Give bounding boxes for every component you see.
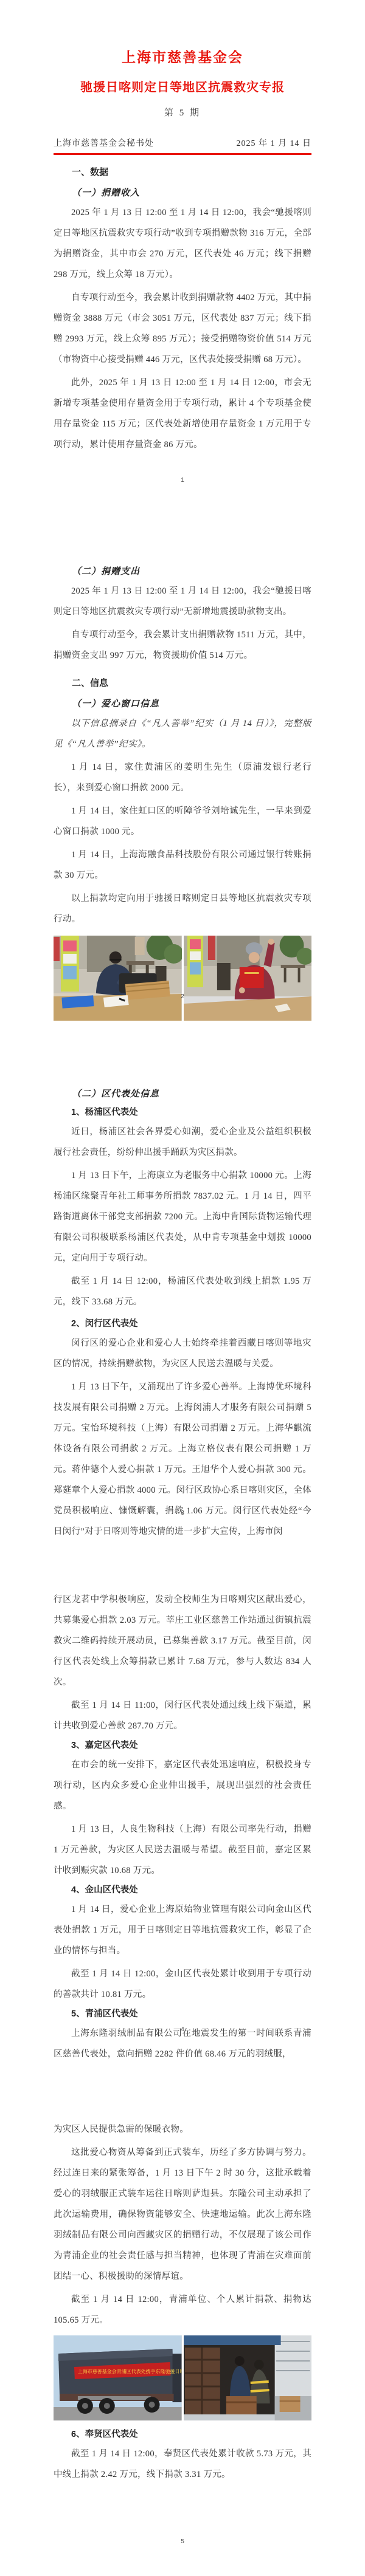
paragraph: 这批爱心物资从筹备到正式装车，历经了多方协调与努力。经过连日来的紧张筹备，1 月… <box>54 2142 311 2287</box>
elderly-donor-illustration <box>184 936 312 1021</box>
donor-writing-illustration <box>54 936 182 1021</box>
section-heading-info: 二、信息 <box>54 677 311 690</box>
loading-boxes-illustration <box>184 2335 312 2420</box>
paragraph: 在市会的统一安排下，嘉定区代表处迅速响应，积极投身专项行动，区内众多爱心企业伸出… <box>54 1755 311 1817</box>
paragraph: 截至 1 月 14 日 12:00，杨浦区代表处收到线上捐款 1.95 万元，线… <box>54 1271 311 1312</box>
paragraph: 自专项行动至今，我会累计支出捐赠款物 1511 万元，其中，捐赠资金支出 997… <box>54 625 311 666</box>
page-4: 行区龙茗中学积极响应，发动全校师生为日喀则灾区献出爱心，共募集爱心捐款 2.03… <box>0 1574 365 2090</box>
paragraph: 1 月 14 日，家住黄浦区的姜明生先生（原浦发银行老行长），来到爱心窗口捐款 … <box>54 757 311 798</box>
issuer: 上海市慈善基金会秘书处 <box>54 137 154 149</box>
paragraph: 截至 1 月 14 日 12:00，青浦单位、个人累计捐款、捐物达 105.65… <box>54 2289 311 2331</box>
subsection-district-offices: （二）区代表处信息 <box>54 1088 311 1101</box>
page-number: 4 <box>0 2026 365 2033</box>
paragraph: 闵行区的爱心企业和爱心人士始终牵挂着西藏日喀则等地灾区的情况，持续捐赠款物，为灾… <box>54 1333 311 1374</box>
paragraph: 此外，2025 年 1 月 13 日 12:00 至 1 月 14 日 12:0… <box>54 372 311 455</box>
relief-truck-illustration: 上海市慈善基金会青浦区代表处携手东隆驰援日喀则定日灾区 <box>54 2335 182 2420</box>
paragraph: 1 月 13 日，人良生物科技（上海）有限公司率先行动，捐赠 1 万元善款，为灾… <box>54 1819 311 1881</box>
paragraph: 1 月 13 日下午，又涌现出了许多爱心善举。上海博优环境科技发展有限公司捐赠 … <box>54 1377 311 1542</box>
heading-fengxian: 6、奉贤区代表处 <box>54 2428 311 2441</box>
issue-date: 2025 年 1 月 14 日 <box>237 137 312 149</box>
photo-elderly-donor-certificate <box>184 936 312 1021</box>
page-number: 1 <box>0 477 365 484</box>
paragraph: 自专项行动至今，我会累计收到捐赠款物 4402 万元，其中捐赠资金 3888 万… <box>54 287 311 370</box>
paragraph: 截至 1 月 14 日 11:00，闵行区代表处通过线上线下渠道，累计共收到爱心… <box>54 1695 311 1736</box>
subsection-donation-expense: （二）捐赠支出 <box>54 565 311 578</box>
source-note: 以下信息摘录自《“凡人善举”纪实（1 月 14 日）》，完整版见《“凡人善举”纪… <box>54 713 311 755</box>
photo-donor-writing <box>54 936 182 1021</box>
subsection-donation-income: （一）捐赠收入 <box>54 187 311 200</box>
section-heading-data: 一、数据 <box>54 166 311 179</box>
truck-banner-text: 上海市慈善基金会青浦区代表处携手东隆驰援日喀则定日灾区 <box>78 2368 182 2374</box>
photo-row-charity-window <box>54 936 311 1021</box>
issue-number: 第 5 期 <box>54 106 311 118</box>
photo-loading-boxes <box>184 2335 312 2420</box>
paragraph: 2025 年 1 月 13 日 12:00 至 1 月 14 日 12:00，我… <box>54 581 311 622</box>
paragraph: 以上捐款均定向用于驰援日喀则定日县等地区抗震救灾专项行动。 <box>54 888 311 930</box>
page-5: 为灾区人民提供急需的保暖衣物。 这批爱心物资从筹备到正式装车，历经了多方协调与努… <box>0 2102 365 2576</box>
paragraph: 截至 1 月 14 日 12:00，金山区代表处累计收到用于专项行动的善款共计 … <box>54 1964 311 2005</box>
paragraph: 1 月 14 日，上海海融食品科技股份有限公司通过银行转账捐款 30 万元。 <box>54 844 311 886</box>
paragraph: 1 月 14 日，爱心企业上海原始物业管理有限公司向金山区代表处捐款 1 万元，… <box>54 1899 311 1961</box>
page-1: 上海市慈善基金会 驰援日喀则定日等地区抗震救灾专报 第 5 期 上海市慈善基金会… <box>0 0 365 529</box>
heading-minhang: 2、闵行区代表处 <box>54 1317 311 1331</box>
org-title: 上海市慈善基金会 <box>54 49 311 67</box>
photo-row-relief-truck: 上海市慈善基金会青浦区代表处携手东隆驰援日喀则定日灾区 <box>54 2335 311 2420</box>
page-number: 2 <box>0 993 365 1000</box>
heading-qingpu: 5、青浦区代表处 <box>54 2007 311 2021</box>
page-3: （二）区代表处信息 1、杨浦区代表处 近日，杨浦区社会各界爱心如潮，爱心企业及公… <box>0 1057 365 1574</box>
paragraph-continued: 行区龙茗中学积极响应，发动全校师生为日喀则灾区献出爱心，共募集爱心捐款 2.03… <box>54 1589 311 1693</box>
paragraph: 近日，杨浦区社会各界爱心如潮，爱心企业及公益组织积极履行社会责任，纷纷伸出援手踊… <box>54 1122 311 1163</box>
paragraph: 1 月 14 日，家住虹口区的听障爷爷刘培诚先生，一早来到爱心窗口捐款 1000… <box>54 801 311 842</box>
heading-jinshan: 4、金山区代表处 <box>54 1883 311 1897</box>
report-document: 上海市慈善基金会 驰援日喀则定日等地区抗震救灾专报 第 5 期 上海市慈善基金会… <box>0 0 365 2576</box>
masthead-row: 上海市慈善基金会秘书处 2025 年 1 月 14 日 <box>54 137 311 155</box>
page-number: 5 <box>0 2538 365 2545</box>
report-title: 驰援日喀则定日等地区抗震救灾专报 <box>54 79 311 96</box>
paragraph-continued: 为灾区人民提供急需的保暖衣物。 <box>54 2119 311 2140</box>
paragraph: 截至 1 月 14 日 12:00，奉贤区代表处累计收款 5.73 万元，其中线… <box>54 2444 311 2485</box>
page-2: （二）捐赠支出 2025 年 1 月 13 日 12:00 至 1 月 14 日… <box>0 529 365 1057</box>
page-number: 3 <box>0 1510 365 1516</box>
heading-yangpu: 1、杨浦区代表处 <box>54 1106 311 1119</box>
paragraph: 2025 年 1 月 13 日 12:00 至 1 月 14 日 12:00，我… <box>54 202 311 285</box>
subsection-charity-window: （一）爱心窗口信息 <box>54 697 311 711</box>
heading-jiading: 3、嘉定区代表处 <box>54 1739 311 1752</box>
paragraph: 1 月 13 日下午，上海康立为老服务中心捐款 10000 元。上海杨浦区缘聚青… <box>54 1165 311 1269</box>
photo-truck-banner: 上海市慈善基金会青浦区代表处携手东隆驰援日喀则定日灾区 <box>54 2335 182 2420</box>
